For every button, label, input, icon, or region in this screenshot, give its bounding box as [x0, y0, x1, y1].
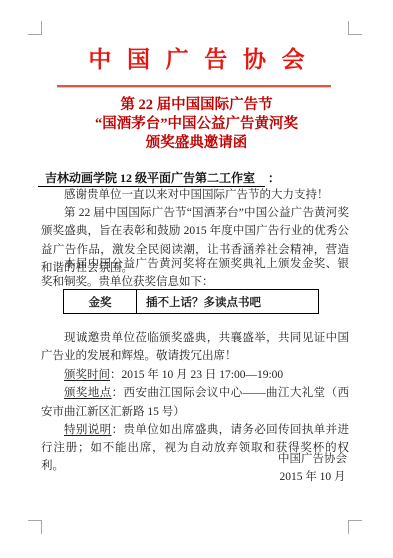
margin-mark-top-left	[28, 21, 42, 35]
award-table: 金奖 插不上话？多读点书吧	[63, 289, 319, 314]
detail-special-note-label: 特别说明	[64, 424, 112, 436]
signature-block: 中国广告协会 2015 年 10 月	[278, 450, 347, 487]
recipient-line: 吉林动画学院 12 级平面广告第二工作室：	[38, 170, 280, 186]
letterhead-org-name: 中国广告协会	[0, 41, 393, 74]
detail-time-text: ：2015 年 10 月 23 日 17:00—19:00	[110, 369, 283, 381]
paragraph-invitation: 现诚邀贵单位莅临颁奖盛典，共襄盛举，共同见证中国广告业的发展和辉煌。敬请拨冗出席…	[41, 329, 349, 366]
title-line-2: “国酒茅台”中国公益广告黄河奖	[0, 115, 393, 134]
award-work-title-cell: 插不上话？多读点书吧	[137, 290, 318, 313]
margin-mark-bottom-left	[28, 520, 42, 534]
paragraph-thanks: 感谢贵单位一直以来对中国国际广告节的大力支持！	[41, 186, 349, 204]
recipient-name: 吉林动画学院 12 级平面广告第二工作室	[38, 171, 265, 187]
paragraph-award-notice: 本届中国公益广告黄河奖将在颁奖典礼上颁发金奖、银奖和铜奖。贵单位获奖信息如下：	[41, 255, 349, 292]
signature-org: 中国广告协会	[278, 450, 347, 468]
signature-date: 2015 年 10 月	[278, 468, 347, 486]
letterhead-rule	[57, 85, 331, 88]
award-level-cell: 金奖	[64, 290, 137, 313]
recipient-colon: ：	[265, 171, 280, 185]
margin-mark-top-right	[348, 21, 362, 35]
document-title: 第 22 届中国国际广告节 “国酒茅台”中国公益广告黄河奖 颁奖盛典邀请函	[0, 96, 393, 153]
detail-location-label: 颁奖地点	[64, 387, 112, 399]
detail-location: 颁奖地点：西安曲江国际会议中心——曲江大礼堂（西安市曲江新区汇新路 15 号）	[41, 384, 349, 421]
detail-time-label: 颁奖时间	[64, 369, 110, 381]
margin-mark-bottom-right	[348, 520, 362, 534]
title-line-1: 第 22 届中国国际广告节	[0, 96, 393, 115]
detail-time: 颁奖时间：2015 年 10 月 23 日 17:00—19:00	[41, 366, 349, 384]
title-line-3: 颁奖盛典邀请函	[0, 134, 393, 153]
